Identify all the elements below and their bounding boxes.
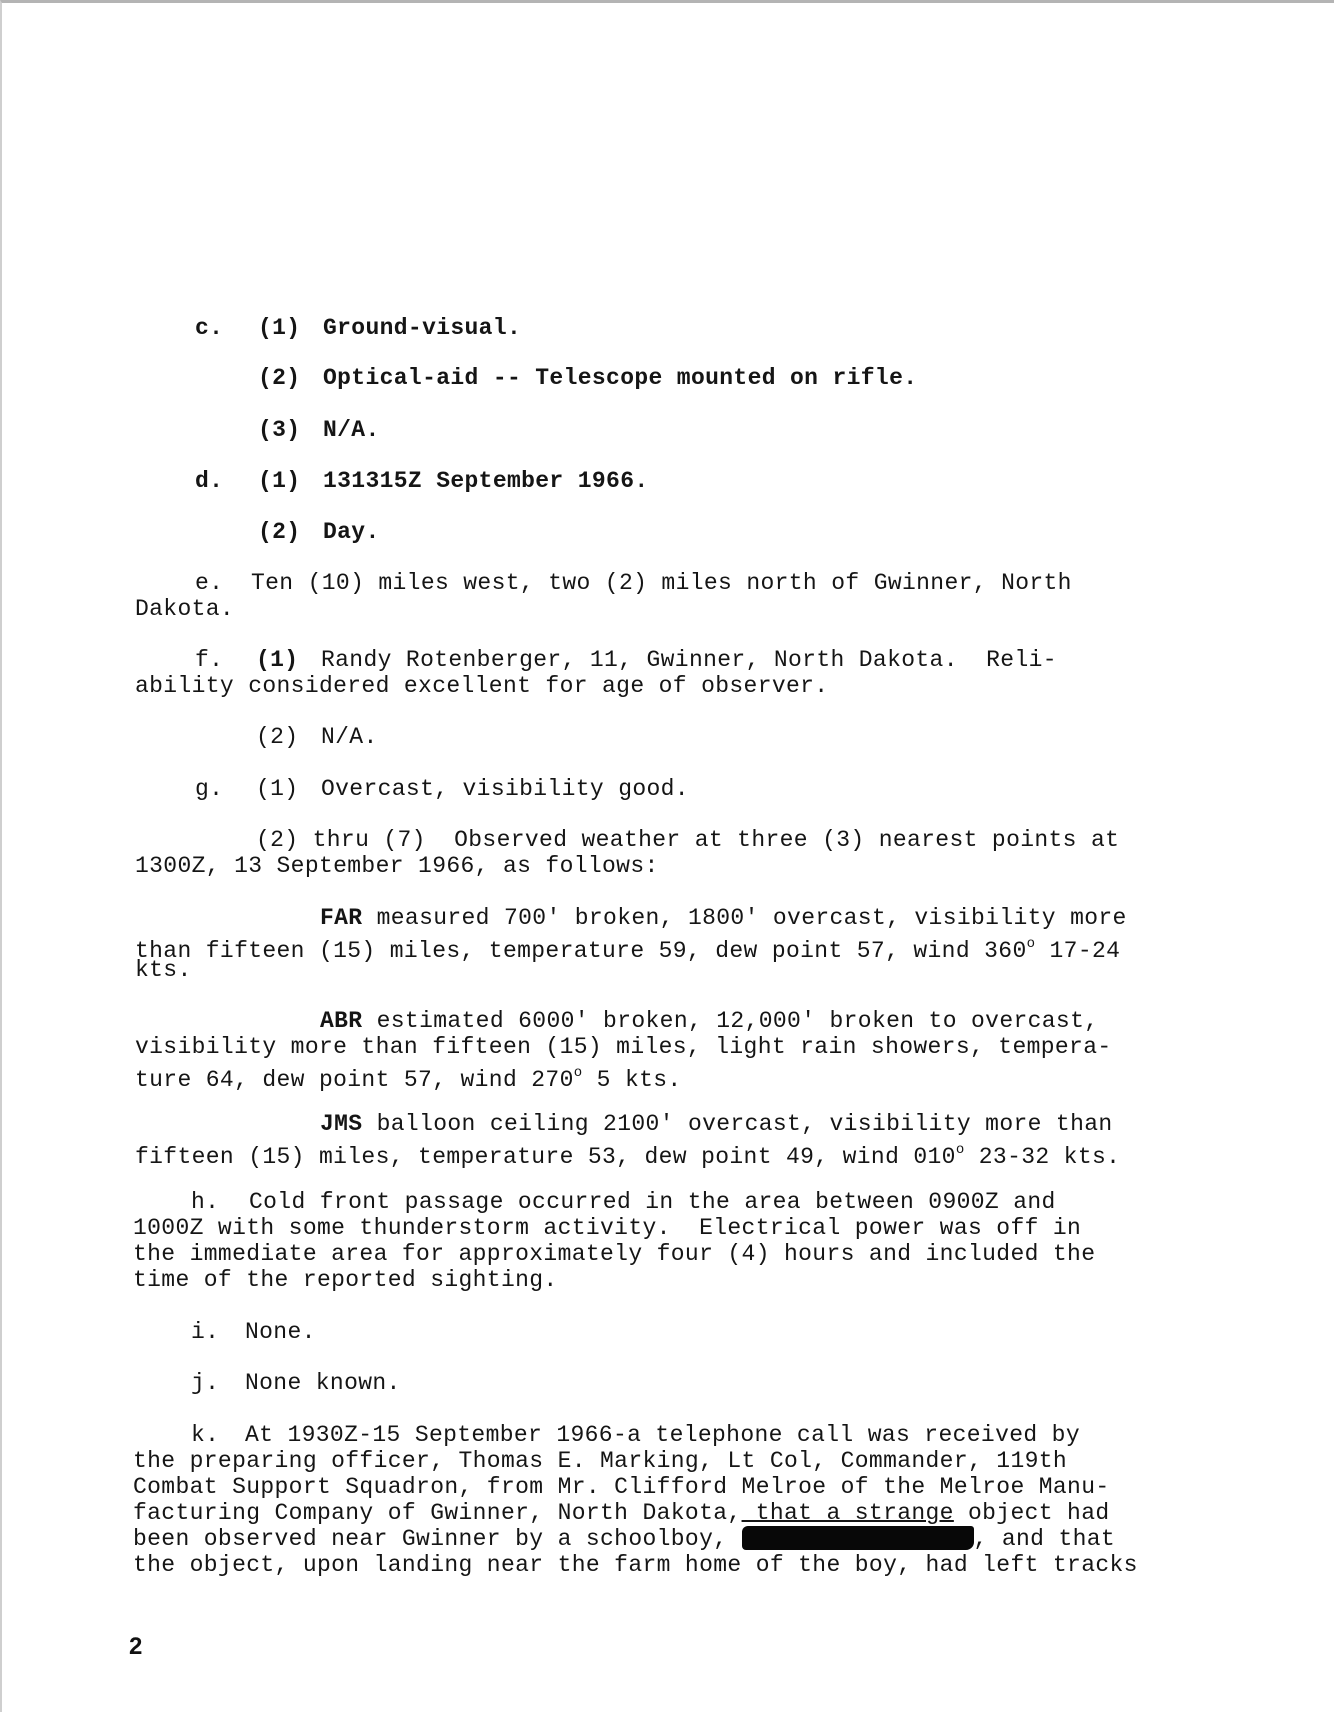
item-g1-num: (1) [256, 776, 298, 802]
item-h-line4: time of the reported sighting. [133, 1267, 558, 1293]
item-f1-num: (1) [256, 647, 298, 673]
item-c-letter: c. [195, 315, 223, 341]
degree-symbol: o [574, 1065, 583, 1081]
item-e-letter: e. [195, 570, 223, 596]
item-k-line5: been observed near Gwinner by a schoolbo… [133, 1526, 1115, 1552]
item-k-line4: facturing Company of Gwinner, North Dako… [133, 1500, 1110, 1526]
item-c1-num: (1) [258, 315, 300, 341]
handwritten-underline: that a strange [742, 1500, 954, 1526]
item-i-text: None. [245, 1319, 316, 1345]
item-g-intro-line2: 1300Z, 13 September 1966, as follows: [135, 853, 659, 879]
document-page: c. (1) Ground-visual. (2) Optical-aid --… [0, 0, 1334, 1712]
item-k-letter: k. [191, 1422, 219, 1448]
item-h-line3: the immediate area for approximately fou… [133, 1241, 1095, 1267]
item-j-text: None known. [245, 1370, 401, 1396]
item-j-letter: j. [191, 1370, 219, 1396]
item-f-letter: f. [195, 647, 223, 673]
page-number: 2 [129, 1633, 142, 1661]
item-k-line3: Combat Support Squadron, from Mr. Cliffo… [133, 1474, 1110, 1500]
item-d1-num: (1) [258, 468, 300, 494]
item-f2-text: N/A. [321, 724, 378, 750]
station-abr-line3: ture 64, dew point 57, wind 270o 5 kts. [135, 1060, 682, 1093]
station-code-abr: ABR [320, 1008, 362, 1034]
redaction-bar [742, 1526, 974, 1550]
station-abr-line2: visibility more than fifteen (15) miles,… [135, 1034, 1112, 1060]
item-c3-text: N/A. [323, 417, 380, 443]
item-c3-num: (3) [258, 417, 300, 443]
station-code-far: FAR [320, 905, 362, 931]
station-code-jms: JMS [320, 1111, 362, 1137]
item-e-line2: Dakota. [135, 596, 234, 622]
station-far-line3: kts. [135, 957, 192, 983]
item-g-letter: g. [195, 776, 223, 802]
item-h-line1: Cold front passage occurred in the area … [249, 1189, 1056, 1215]
item-h-letter: h. [191, 1189, 219, 1215]
item-f2-num: (2) [256, 724, 298, 750]
item-c2-text: Optical-aid -- Telescope mounted on rifl… [323, 365, 917, 391]
item-k-line6: the object, upon landing near the farm h… [133, 1552, 1138, 1578]
degree-symbol: o [956, 1142, 965, 1158]
item-c2-num: (2) [258, 365, 300, 391]
item-d2-text: Day. [323, 519, 380, 545]
item-k-line1: At 1930Z-15 September 1966-a telephone c… [245, 1422, 1080, 1448]
item-f-line1: Randy Rotenberger, 11, Gwinner, North Da… [321, 647, 1057, 673]
item-g-intro-line1: (2) thru (7) Observed weather at three (… [256, 827, 1119, 853]
item-h-line2: 1000Z with some thunderstorm activity. E… [133, 1215, 1081, 1241]
item-i-letter: i. [191, 1319, 219, 1345]
item-f-line2: ability considered excellent for age of … [135, 673, 828, 699]
station-jms-line1: JMS balloon ceiling 2100' overcast, visi… [320, 1111, 1113, 1137]
item-d2-num: (2) [258, 519, 300, 545]
station-abr-line1: ABR estimated 6000' broken, 12,000' brok… [320, 1008, 1098, 1034]
item-e-line1: Ten (10) miles west, two (2) miles north… [251, 570, 1072, 596]
item-d-letter: d. [195, 468, 223, 494]
station-jms-line2: fifteen (15) miles, temperature 53, dew … [135, 1137, 1120, 1170]
item-d1-text: 131315Z September 1966. [323, 468, 649, 494]
item-g1-text: Overcast, visibility good. [321, 776, 689, 802]
item-c1-text: Ground-visual. [323, 315, 521, 341]
station-far-line2: than fifteen (15) miles, temperature 59,… [135, 931, 1120, 964]
item-k-line2: the preparing officer, Thomas E. Marking… [133, 1448, 1067, 1474]
station-far-line1: FAR measured 700' broken, 1800' overcast… [320, 905, 1127, 931]
